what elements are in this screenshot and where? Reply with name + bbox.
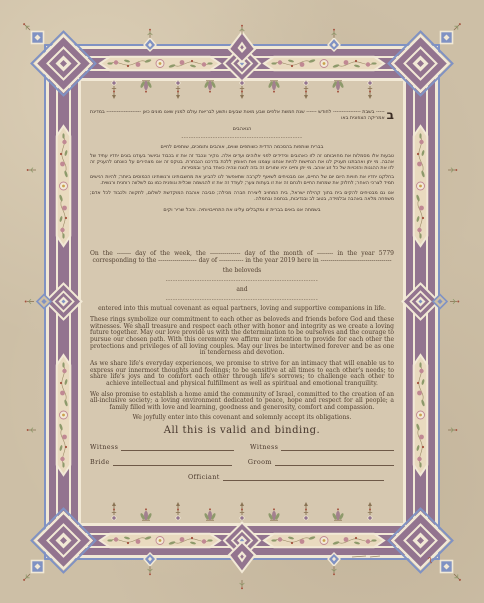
partner-name-line-2[interactable]: ----------------------------------------… [90, 297, 394, 303]
hebrew-covenant-line: בברית שותפות בהסכמה הדדית כשותפים שווים,… [90, 144, 394, 150]
hebrew-paragraph-rings: טבעות אלו מסמלות את מחויבותנו זה לזו כאה… [90, 154, 394, 172]
english-paragraph-home: We also promise to establish a home amid… [90, 392, 394, 412]
beloveds-label: the beloveds [90, 268, 394, 275]
hebrew-paragraph-home: אנו גם מבטיחים להקים בית בתוך קהילת ישרא… [90, 191, 394, 203]
hebrew-closing-line: בשמחה אנו באים בברית זו ומקבלים עלינו את… [90, 207, 394, 213]
signature-form-section: Witness Witness Bride Groom Officiant [90, 443, 394, 481]
witness-label-1: Witness [90, 443, 118, 451]
english-paragraph-sharing: As we share life's everyday experiences,… [90, 361, 394, 388]
hebrew-initial-letter: ב [387, 110, 394, 120]
and-label: and [90, 287, 394, 294]
hebrew-paragraph-sharing: בחלקנו יחדיו את חוויות היום יום של החיים… [90, 175, 394, 187]
witness-label-2: Witness [250, 443, 278, 451]
groom-label: Groom [248, 458, 272, 466]
officiant-row: Officiant [188, 473, 384, 481]
partner-name-line-1[interactable]: ----------------------------------------… [90, 278, 394, 284]
english-text-section: On the ------- day of the week, the ----… [90, 251, 394, 437]
hebrew-beloveds-word: הנאהבים [90, 126, 394, 132]
witness-signature-line-1[interactable] [121, 443, 234, 451]
witness-row: Witness Witness [90, 443, 394, 451]
officiant-label: Officiant [188, 473, 220, 481]
binding-declaration: All this is valid and binding. [90, 425, 394, 437]
hebrew-text-section: ב----- בשבת ---------------- לחודש -----… [90, 110, 394, 251]
ketubah-document: ב----- בשבת ---------------- לחודש -----… [0, 0, 484, 603]
officiant-signature-line[interactable] [223, 473, 384, 481]
hebrew-opening-paragraph: ב----- בשבת ---------------- לחודש -----… [90, 110, 394, 122]
bride-label: Bride [90, 458, 110, 466]
english-opening-paragraph: On the ------- day of the week, the ----… [90, 251, 394, 264]
hebrew-opening-text: ----- בשבת ---------------- לחודש ------… [90, 110, 385, 121]
english-paragraph-rings: These rings symbolize our commitment to … [90, 317, 394, 357]
hebrew-name-line: ----------------------------------------… [90, 135, 394, 141]
bride-signature-line[interactable] [113, 458, 232, 466]
contract-text-area: ב----- בשבת ---------------- לחודש -----… [90, 110, 394, 488]
couple-row: Bride Groom [90, 458, 394, 466]
covenant-statement: entered into this mutual covenant as equ… [90, 306, 394, 313]
groom-signature-line[interactable] [275, 458, 394, 466]
english-closing-line: We joyfully enter into this covenant and… [90, 415, 394, 422]
witness-signature-line-2[interactable] [281, 443, 394, 451]
